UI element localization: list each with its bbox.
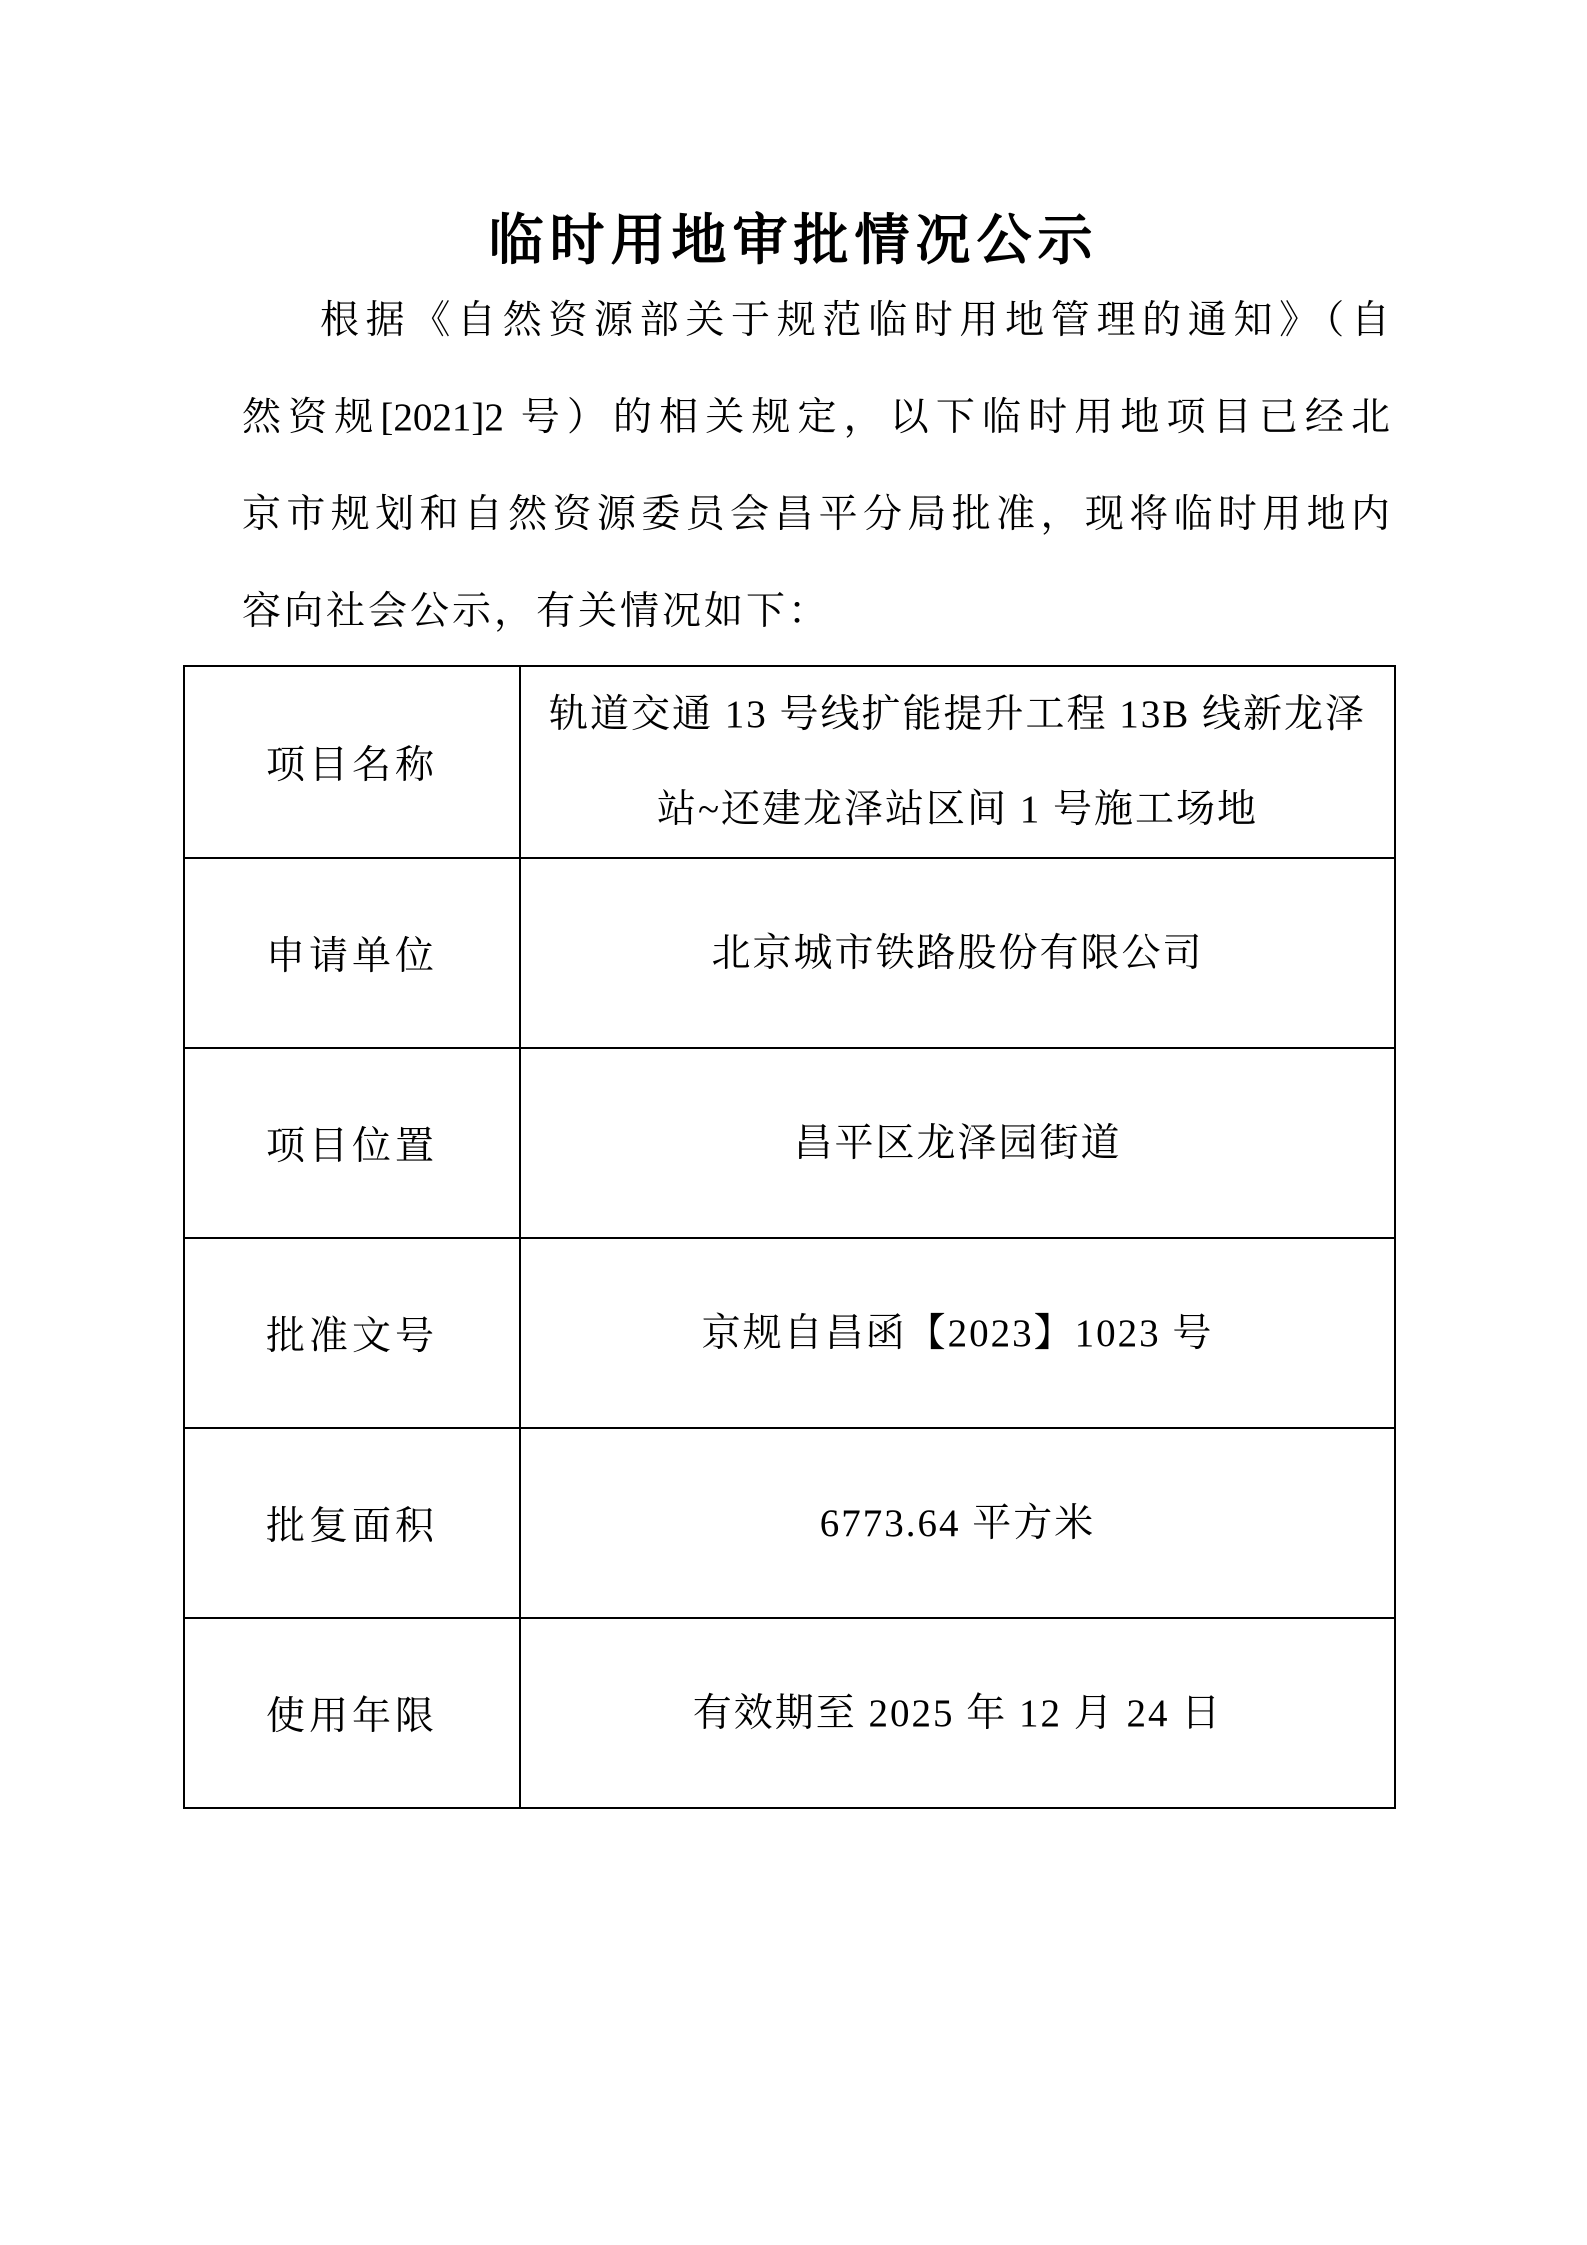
row-label-location: 项目位置 [184,1048,520,1238]
project-name-line-1: 轨道交通 13 号线扩能提升工程 13B 线新龙泽 [521,667,1394,762]
approved-area-value: 6773.64 平方米 [521,1476,1394,1571]
row-value-applicant: 北京城市铁路股份有限公司 [520,858,1395,1048]
row-label-applicant: 申请单位 [184,858,520,1048]
row-value-location: 昌平区龙泽园街道 [520,1048,1395,1238]
row-value-use-period: 有效期至 2025 年 12 月 24 日 [520,1618,1395,1808]
table-row-project-name: 项目名称 轨道交通 13 号线扩能提升工程 13B 线新龙泽 站~还建龙泽站区间… [184,666,1395,858]
project-name-line-2: 站~还建龙泽站区间 1 号施工场地 [521,762,1394,857]
table-row-approved-area: 批复面积 6773.64 平方米 [184,1428,1395,1618]
row-label-approved-area: 批复面积 [184,1428,520,1618]
notice-paragraph: 根据《自然资源部关于规范临时用地管理的通知》（自 然资规[2021]2 号）的相… [242,272,1390,660]
table-row-location: 项目位置 昌平区龙泽园街道 [184,1048,1395,1238]
use-period-value: 有效期至 2025 年 12 月 24 日 [521,1666,1394,1761]
table-row-approval-number: 批准文号 京规自昌函【2023】1023 号 [184,1238,1395,1428]
table-row-applicant: 申请单位 北京城市铁路股份有限公司 [184,858,1395,1048]
row-label-project-name: 项目名称 [184,666,520,858]
row-label-use-period: 使用年限 [184,1618,520,1808]
notice-document-page: 临时用地审批情况公示 根据《自然资源部关于规范临时用地管理的通知》（自 然资规[… [0,0,1587,2245]
approval-number-value: 京规自昌函【2023】1023 号 [521,1286,1394,1381]
paragraph-line-4: 容向社会公示，有关情况如下： [242,563,1390,660]
row-value-approved-area: 6773.64 平方米 [520,1428,1395,1618]
applicant-value: 北京城市铁路股份有限公司 [521,906,1394,1001]
table-row-use-period: 使用年限 有效期至 2025 年 12 月 24 日 [184,1618,1395,1808]
paragraph-line-3: 京市规划和自然资源委员会昌平分局批准，现将临时用地内 [242,466,1390,563]
location-value: 昌平区龙泽园街道 [521,1096,1394,1191]
row-label-approval-number: 批准文号 [184,1238,520,1428]
approval-info-table: 项目名称 轨道交通 13 号线扩能提升工程 13B 线新龙泽 站~还建龙泽站区间… [183,665,1396,1809]
paragraph-line-1: 根据《自然资源部关于规范临时用地管理的通知》（自 [242,272,1390,369]
paragraph-line-2: 然资规[2021]2 号）的相关规定，以下临时用地项目已经北 [242,369,1390,466]
row-value-project-name: 轨道交通 13 号线扩能提升工程 13B 线新龙泽 站~还建龙泽站区间 1 号施… [520,666,1395,858]
document-title: 临时用地审批情况公示 [0,196,1587,275]
row-value-approval-number: 京规自昌函【2023】1023 号 [520,1238,1395,1428]
